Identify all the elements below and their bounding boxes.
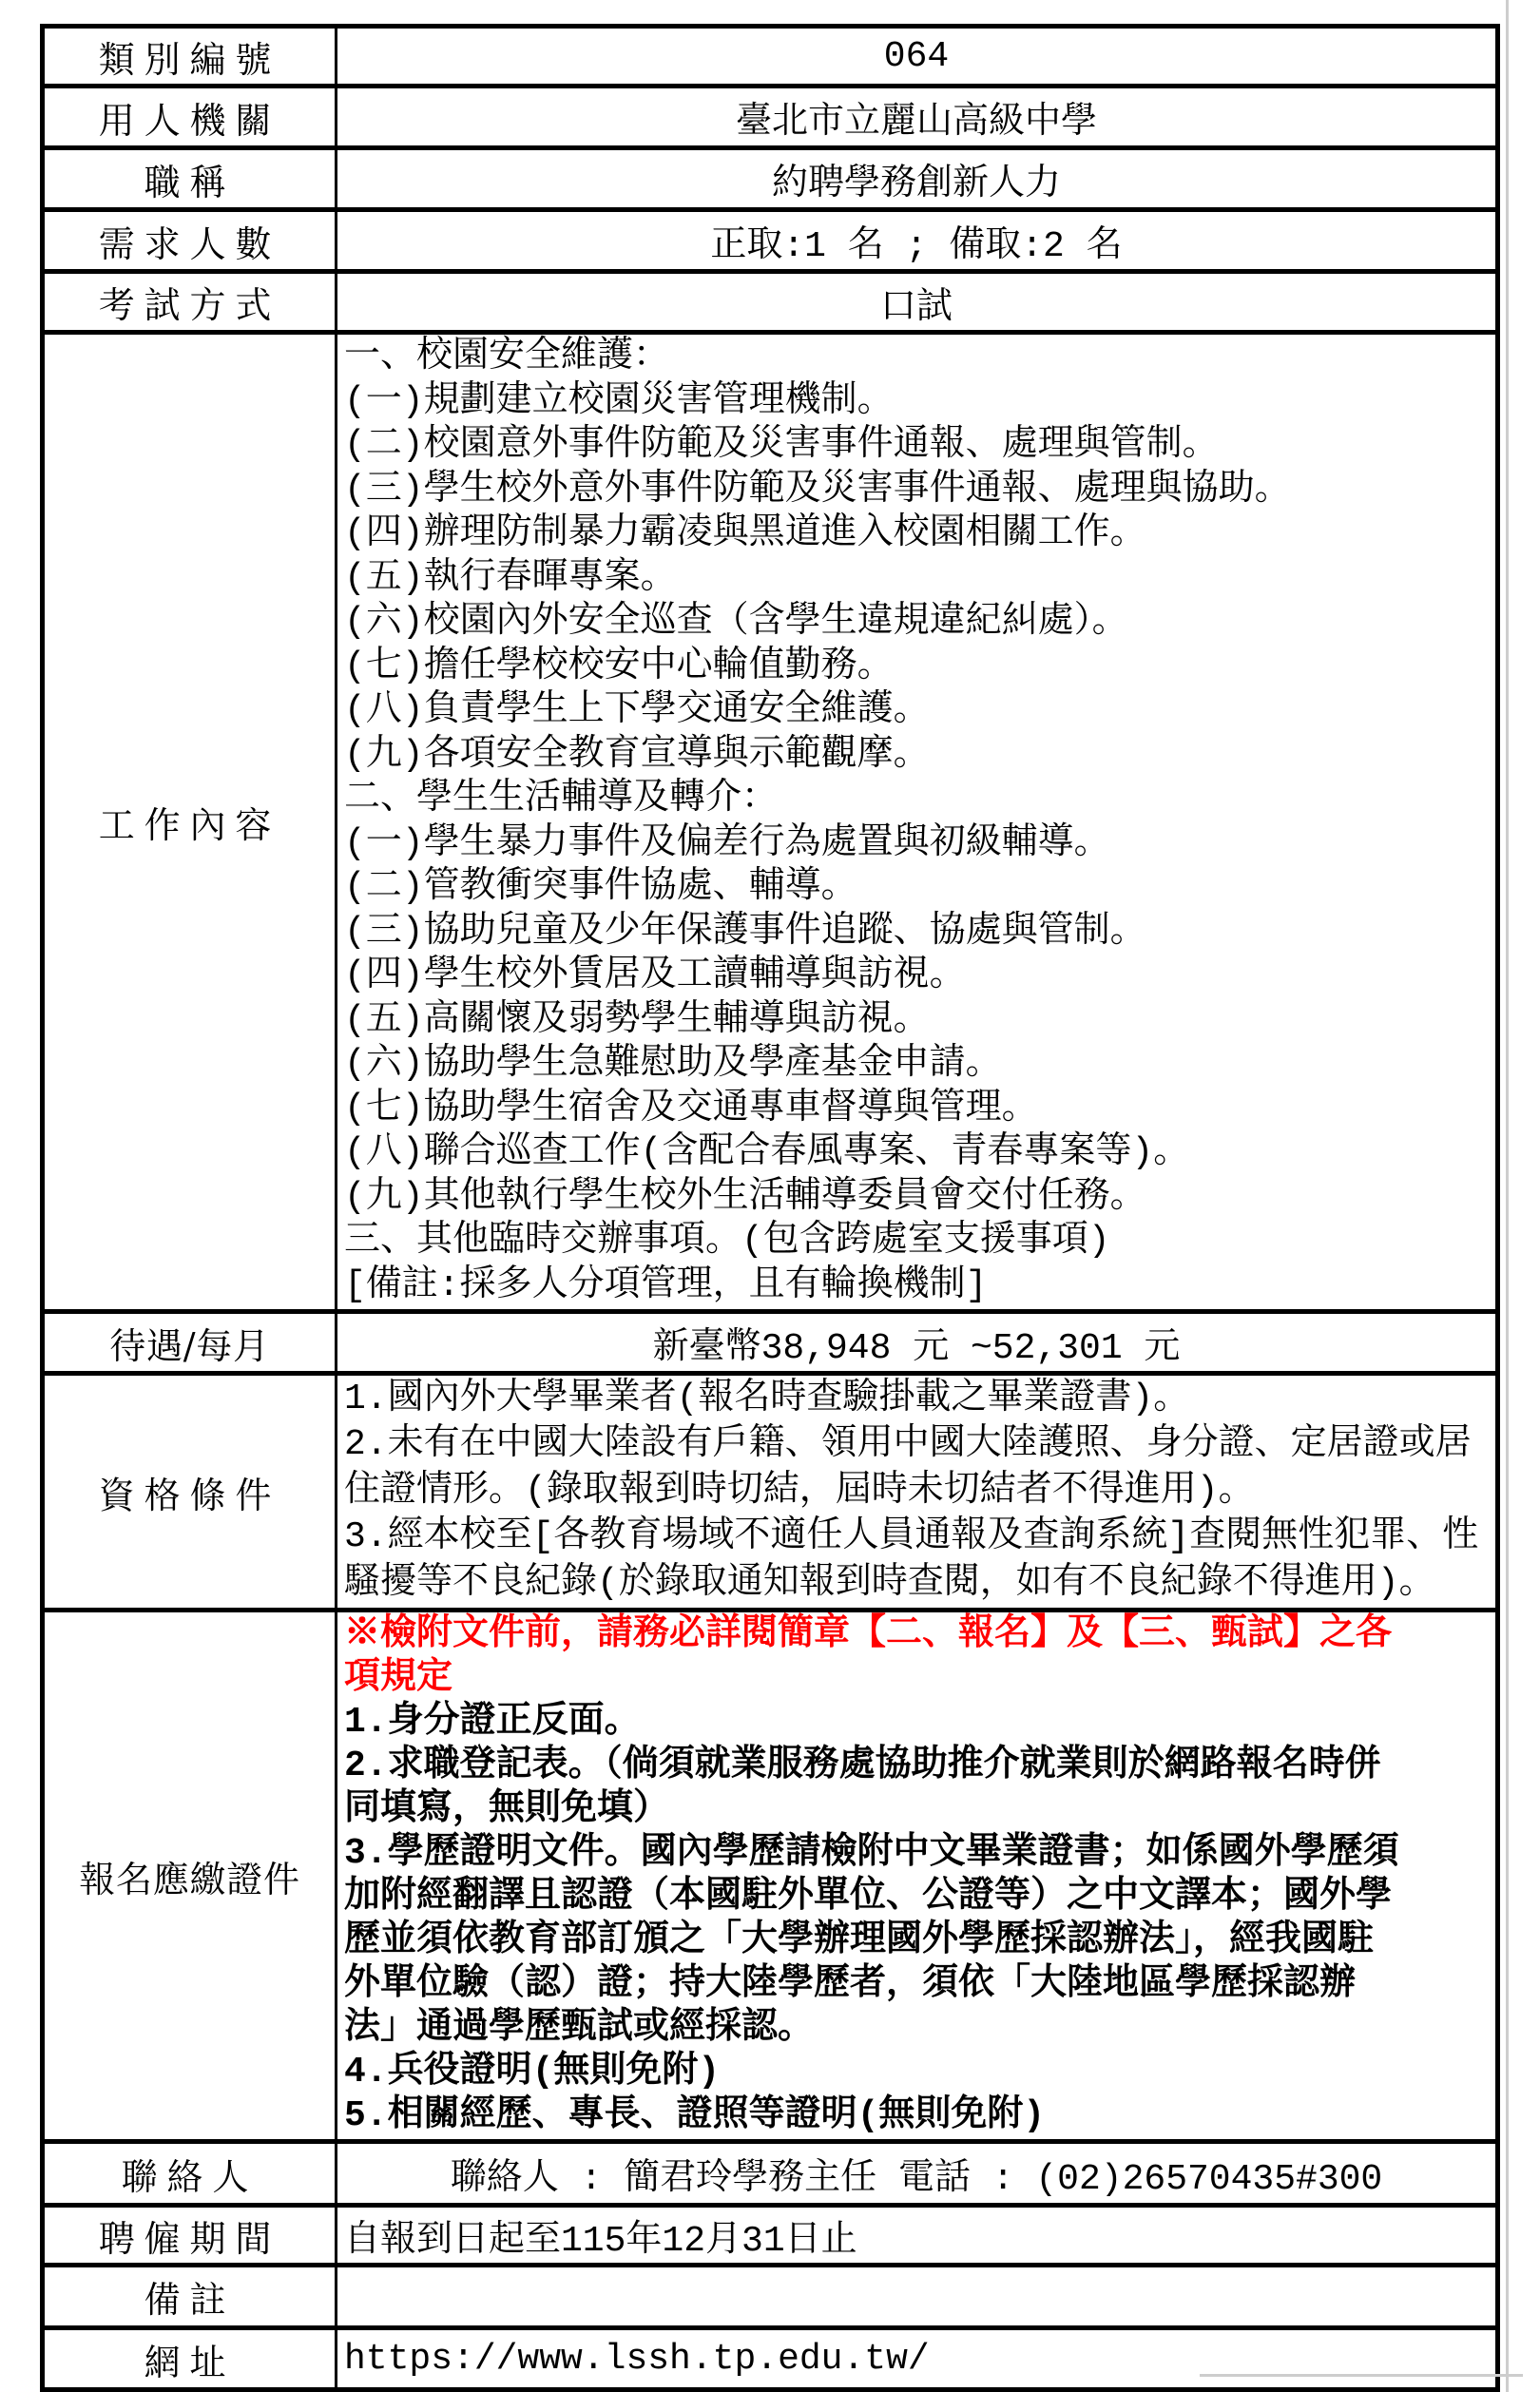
- job-posting-table: 類別編號 064 用人機關 臺北市立麗山高級中學 職稱 約聘學務創新人力 需求人…: [40, 24, 1500, 2392]
- row-employment-period: 聘僱期間 自報到日起至115年12月31日止: [43, 2206, 1498, 2266]
- exam-method-label: 考試方式: [43, 272, 337, 333]
- monthly-salary-value: 新臺幣38,948 元 ~52,301 元: [337, 1312, 1498, 1374]
- required-documents-label: 報名應繳證件: [43, 1611, 337, 2142]
- row-headcount: 需求人數 正取:1 名 ; 備取:2 名: [43, 210, 1498, 272]
- hiring-agency-value: 臺北市立麗山高級中學: [337, 87, 1498, 148]
- row-exam-method: 考試方式 口試: [43, 272, 1498, 333]
- qualifications-value: 1.國內外大學畢業者(報名時查驗掛載之畢業證書)。 2.未有在中國大陸設有戶籍、…: [337, 1374, 1498, 1611]
- row-monthly-salary: 待遇/每月 新臺幣38,948 元 ~52,301 元: [43, 1312, 1498, 1374]
- exam-method-value: 口試: [337, 272, 1498, 333]
- contact-person-value: 聯絡人 : 簡君玲學務主任 電話 : (02)26570435#300: [337, 2142, 1498, 2206]
- row-remarks: 備註: [43, 2266, 1498, 2328]
- required-documents-value: ※檢附文件前，請務必詳閱簡章【二、報名】及【三、甄試】之各 項規定 1.身分證正…: [337, 1611, 1498, 2142]
- employment-period-label: 聘僱期間: [43, 2206, 337, 2266]
- category-number-label: 類別編號: [43, 27, 337, 87]
- remarks-label: 備註: [43, 2266, 337, 2328]
- scan-artifact-line-bottom: [1200, 2374, 1523, 2377]
- qualifications-label: 資格條件: [43, 1374, 337, 1611]
- website-value: https://www.lssh.tp.edu.tw/: [337, 2328, 1498, 2390]
- remarks-value: [337, 2266, 1498, 2328]
- row-job-title: 職稱 約聘學務創新人力: [43, 148, 1498, 210]
- employment-period-value: 自報到日起至115年12月31日止: [337, 2206, 1498, 2266]
- required-documents-notice: ※檢附文件前，請務必詳閱簡章【二、報名】及【三、甄試】之各 項規定: [344, 1613, 1494, 1701]
- headcount-label: 需求人數: [43, 210, 337, 272]
- row-qualifications: 資格條件 1.國內外大學畢業者(報名時查驗掛載之畢業證書)。 2.未有在中國大陸…: [43, 1374, 1498, 1611]
- job-duties-value: 一、校園安全維護： (一)規劃建立校園災害管理機制。 (二)校園意外事件防範及災…: [337, 333, 1498, 1312]
- row-hiring-agency: 用人機關 臺北市立麗山高級中學: [43, 87, 1498, 148]
- headcount-value: 正取:1 名 ; 備取:2 名: [337, 210, 1498, 272]
- job-title-value: 約聘學務創新人力: [337, 148, 1498, 210]
- row-required-documents: 報名應繳證件 ※檢附文件前，請務必詳閱簡章【二、報名】及【三、甄試】之各 項規定…: [43, 1611, 1498, 2142]
- category-number-value: 064: [337, 27, 1498, 87]
- row-contact-person: 聯絡人 聯絡人 : 簡君玲學務主任 電話 : (02)26570435#300: [43, 2142, 1498, 2206]
- required-documents-items: 1.身分證正反面。 2.求職登記表。（倘須就業服務處協助推介就業則於網路報名時併…: [344, 1701, 1494, 2138]
- hiring-agency-label: 用人機關: [43, 87, 337, 148]
- row-job-duties: 工作內容 一、校園安全維護： (一)規劃建立校園災害管理機制。 (二)校園意外事…: [43, 333, 1498, 1312]
- row-website: 網址 https://www.lssh.tp.edu.tw/: [43, 2328, 1498, 2390]
- job-duties-label: 工作內容: [43, 333, 337, 1312]
- row-category-number: 類別編號 064: [43, 27, 1498, 87]
- document-page: 類別編號 064 用人機關 臺北市立麗山高級中學 職稱 約聘學務創新人力 需求人…: [0, 0, 1540, 2392]
- website-label: 網址: [43, 2328, 337, 2390]
- scan-artifact-line-right: [1506, 0, 1509, 2392]
- contact-person-label: 聯絡人: [43, 2142, 337, 2206]
- monthly-salary-label: 待遇/每月: [43, 1312, 337, 1374]
- job-title-label: 職稱: [43, 148, 337, 210]
